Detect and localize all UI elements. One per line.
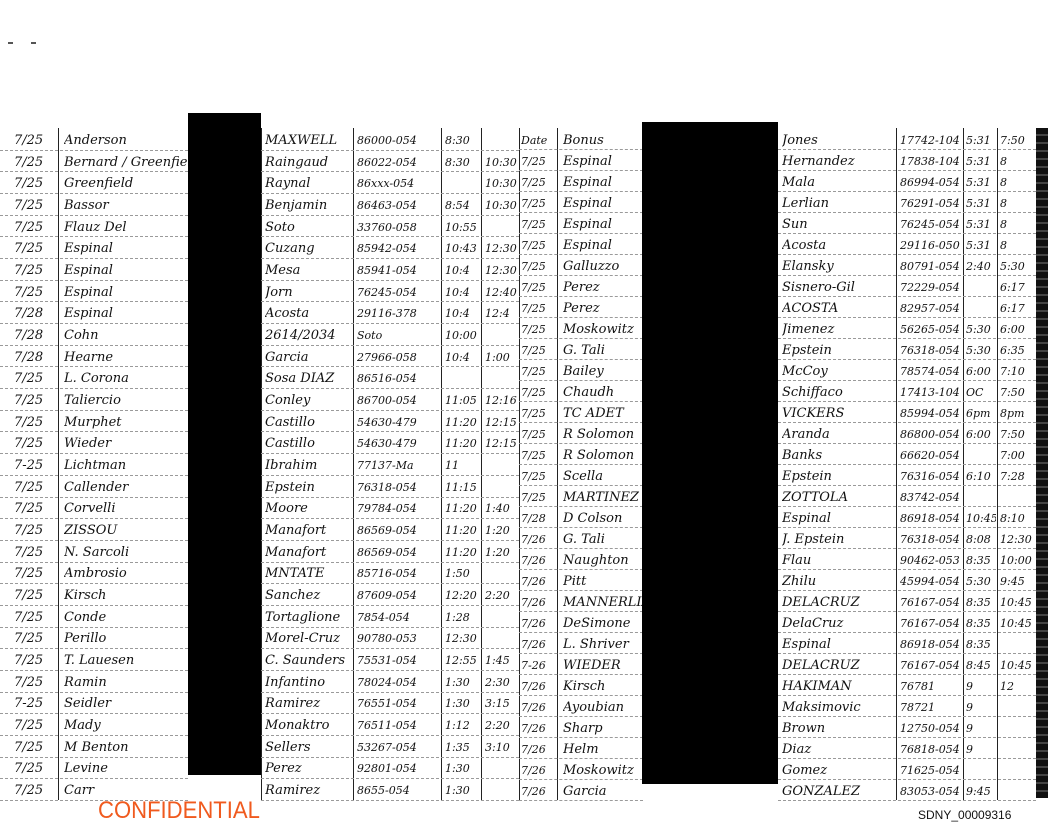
time-in: 10:4	[445, 283, 479, 303]
time-in: 10:4	[445, 261, 479, 281]
inmate-name: Conley	[265, 391, 351, 411]
inmate-name: Mesa	[265, 261, 351, 281]
time-out: 1:40	[485, 499, 517, 519]
time-in: 5:31	[966, 215, 996, 235]
visitor-name: Espinal	[64, 239, 188, 259]
time-in: 12:20	[445, 586, 479, 606]
inmate-name: Castillo	[265, 434, 351, 454]
time-out: 10:30	[485, 153, 517, 173]
time-out: 1:00	[485, 348, 517, 368]
visitor-name: Hearne	[64, 348, 188, 368]
register-number: 90780-053	[357, 629, 439, 649]
time-out: 12	[1000, 677, 1034, 697]
time-in: 10:45	[966, 509, 996, 529]
entry-date: 7/26	[521, 593, 555, 613]
entry-date: 7/25	[14, 174, 54, 194]
time-in: 8:54	[445, 196, 479, 216]
time-out: 3:10	[485, 738, 517, 758]
register-number: 86516-054	[357, 369, 439, 389]
time-out: 8	[1000, 152, 1034, 172]
time-out: 12:15	[485, 413, 517, 433]
inmate-name: Soto	[265, 218, 351, 238]
time-in: 6:00	[966, 362, 996, 382]
inmate-name: Raingaud	[265, 153, 351, 173]
entry-date: 7-25	[14, 456, 54, 476]
time-out: 10:00	[1000, 551, 1034, 571]
entry-date: 7/25	[14, 608, 54, 628]
visitor-name: L. Shriver	[563, 635, 643, 655]
register-number: 45994-054	[900, 572, 962, 592]
register-number: 76511-054	[357, 716, 439, 736]
bates-number: SDNY_00009316	[918, 808, 1011, 822]
inmate-name: Flau	[782, 551, 892, 571]
visitor-name: D Colson	[563, 509, 643, 529]
time-out: 8:10	[1000, 509, 1034, 529]
inmate-name: Sosa DIAZ	[265, 369, 351, 389]
visitor-name: Kirsch	[563, 677, 643, 697]
time-in: 8:35	[966, 614, 996, 634]
time-in: 8:35	[966, 593, 996, 613]
register-number: 76167-054	[900, 614, 962, 634]
visitor-name: TC ADET	[563, 404, 643, 424]
time-out: 9:45	[1000, 572, 1034, 592]
inmate-name: Manafort	[265, 543, 351, 563]
inmate-name: Ramirez	[265, 694, 351, 714]
entry-date: 7/26	[521, 719, 555, 739]
inmate-name: Lerlian	[782, 194, 892, 214]
entry-date: 7/25	[14, 196, 54, 216]
visitor-name: Murphet	[64, 413, 188, 433]
inmate-name: Raynal	[265, 174, 351, 194]
time-in: 8:35	[966, 551, 996, 571]
inmate-name: Epstein	[782, 341, 892, 361]
time-in: 9	[966, 677, 996, 697]
time-in: 9	[966, 740, 996, 760]
visitor-name: Espinal	[64, 283, 188, 303]
inmate-name: Espinal	[782, 509, 892, 529]
time-in: 6pm	[966, 404, 996, 424]
entry-date: 7/25	[521, 446, 555, 466]
entry-date: 7/25	[14, 716, 54, 736]
inmate-name: Manafort	[265, 521, 351, 541]
time-in: 11:05	[445, 391, 479, 411]
time-out: 12:30	[485, 261, 517, 281]
inmate-name: Perez	[265, 759, 351, 779]
inmate-name: Castillo	[265, 413, 351, 433]
register-number: Soto	[357, 326, 439, 346]
visitor-name: Lichtman	[64, 456, 188, 476]
entry-date: 7/26	[521, 530, 555, 550]
inmate-name: Ibrahim	[265, 456, 351, 476]
visitor-name: Conde	[64, 608, 188, 628]
register-number: 86569-054	[357, 521, 439, 541]
inmate-name: DelaCruz	[782, 614, 892, 634]
scan-speck	[8, 42, 13, 44]
entry-date: 7/25	[521, 341, 555, 361]
visitor-name: Bailey	[563, 362, 643, 382]
time-out: 7:50	[1000, 425, 1034, 445]
time-out: 12:30	[1000, 530, 1034, 550]
time-in: 11:15	[445, 478, 479, 498]
time-in: 12:55	[445, 651, 479, 671]
time-in: 1:12	[445, 716, 479, 736]
inmate-name: Sanchez	[265, 586, 351, 606]
time-out: 12:30	[485, 239, 517, 259]
time-out: 2:20	[485, 586, 517, 606]
register-number: 54630-479	[357, 434, 439, 454]
inmate-name: HAKIMAN	[782, 677, 892, 697]
visitor-name: Garcia	[563, 782, 643, 802]
time-out: 6:17	[1000, 278, 1034, 298]
entry-date: 7/25	[14, 781, 54, 801]
entry-date: 7/25	[14, 239, 54, 259]
register-number: 85941-054	[357, 261, 439, 281]
entry-date: 7/25	[521, 320, 555, 340]
entry-date: 7/26	[521, 572, 555, 592]
entry-date: 7/28	[14, 304, 54, 324]
time-out: 7:00	[1000, 446, 1034, 466]
time-out: 1:20	[485, 543, 517, 563]
visitor-name: Espinal	[563, 236, 643, 256]
visitor-name: Greenfield	[64, 174, 188, 194]
time-in: 1:30	[445, 694, 479, 714]
inmate-name: GONZALEZ	[782, 782, 892, 802]
time-out: 8	[1000, 194, 1034, 214]
entry-date: 7/25	[521, 425, 555, 445]
visitor-name: Sharp	[563, 719, 643, 739]
visitor-name: Espinal	[563, 194, 643, 214]
inmate-name: Tortaglione	[265, 608, 351, 628]
register-number: 86700-054	[357, 391, 439, 411]
inmate-name: Brown	[782, 719, 892, 739]
inmate-name: Acosta	[265, 304, 351, 324]
entry-date: 7/25	[14, 586, 54, 606]
inmate-name: Sellers	[265, 738, 351, 758]
inmate-name: Sisnero-Gil	[782, 278, 892, 298]
visitor-name: Helm	[563, 740, 643, 760]
entry-date: 7/25	[14, 369, 54, 389]
visitor-name: T. Lauesen	[64, 651, 188, 671]
scanned-logbook-page: 7/25Anderson7/25Bernard / Greenfield7/25…	[0, 0, 1050, 828]
entry-date: 7/25	[521, 194, 555, 214]
time-in: 2:40	[966, 257, 996, 277]
time-in: OC	[966, 383, 996, 403]
register-number: 76167-054	[900, 593, 962, 613]
visitor-name: G. Tali	[563, 341, 643, 361]
inmate-name: ZOTTOLA	[782, 488, 892, 508]
time-in: 10:43	[445, 239, 479, 259]
inmate-name: Epstein	[265, 478, 351, 498]
inmate-name: Jimenez	[782, 320, 892, 340]
visitor-name: Espinal	[563, 152, 643, 172]
time-out: 8pm	[1000, 404, 1034, 424]
inmate-name: Benjamin	[265, 196, 351, 216]
entry-date: 7/25	[14, 651, 54, 671]
visitor-name: Espinal	[563, 173, 643, 193]
visitor-name: Cohn	[64, 326, 188, 346]
register-number: 7854-054	[357, 608, 439, 628]
time-in: 8:45	[966, 656, 996, 676]
visitor-log-section-c: DateBonus7/25Espinal7/25Espinal7/25Espin…	[519, 128, 643, 800]
register-number: 76818-054	[900, 740, 962, 760]
entry-date: 7-25	[14, 694, 54, 714]
time-out: 10:45	[1000, 614, 1034, 634]
inmate-name: MNTATE	[265, 564, 351, 584]
time-out: 7:50	[1000, 131, 1034, 151]
visitor-name: Chaudh	[563, 383, 643, 403]
register-number: 29116-050	[900, 236, 962, 256]
entry-date: 7-26	[521, 656, 555, 676]
inmate-name: Sun	[782, 215, 892, 235]
visitor-name: Ramin	[64, 673, 188, 693]
entry-date: 7/25	[14, 629, 54, 649]
entry-date: 7/25	[521, 299, 555, 319]
inmate-name: VICKERS	[782, 404, 892, 424]
entry-date: 7/26	[521, 761, 555, 781]
inmate-name: ACOSTA	[782, 299, 892, 319]
time-out: 3:15	[485, 694, 517, 714]
entry-date: 7/25	[521, 215, 555, 235]
visitor-name: Flauz Del	[64, 218, 188, 238]
entry-date: Date	[521, 131, 555, 151]
visitor-name: G. Tali	[563, 530, 643, 550]
entry-date: 7/25	[521, 404, 555, 424]
visitor-name: MANNERLIA	[563, 593, 643, 613]
time-in: 5:30	[966, 572, 996, 592]
entry-date: 7/28	[14, 348, 54, 368]
register-number: 76318-054	[900, 530, 962, 550]
visitor-name: R Solomon	[563, 425, 643, 445]
time-out: 6:17	[1000, 299, 1034, 319]
visitor-name: Espinal	[563, 215, 643, 235]
time-out: 10:45	[1000, 593, 1034, 613]
time-in: 1:30	[445, 673, 479, 693]
inmate-name: Epstein	[782, 467, 892, 487]
inmate-name: C. Saunders	[265, 651, 351, 671]
visitor-name: Moskowitz	[563, 761, 643, 781]
register-number: 33760-058	[357, 218, 439, 238]
inmate-name: Schiffaco	[782, 383, 892, 403]
time-in: 1:30	[445, 781, 479, 801]
scan-speck	[31, 42, 36, 44]
entry-date: 7/25	[14, 499, 54, 519]
time-in: 10:4	[445, 348, 479, 368]
time-out: 7:50	[1000, 383, 1034, 403]
visitor-name: Kirsch	[64, 586, 188, 606]
time-in: 10:55	[445, 218, 479, 238]
time-in: 5:30	[966, 320, 996, 340]
entry-date: 7/25	[14, 131, 54, 151]
register-number: 53267-054	[357, 738, 439, 758]
register-number: 76781	[900, 677, 962, 697]
inmate-name: Monaktro	[265, 716, 351, 736]
column-rule	[58, 128, 59, 800]
time-out: 8	[1000, 215, 1034, 235]
entry-date: 7/26	[521, 698, 555, 718]
inmate-name: DELACRUZ	[782, 656, 892, 676]
time-in: 6:00	[966, 425, 996, 445]
register-number: 78024-054	[357, 673, 439, 693]
inmate-name: Moore	[265, 499, 351, 519]
register-number: 76167-054	[900, 656, 962, 676]
entry-date: 7/25	[14, 673, 54, 693]
time-in: 6:10	[966, 467, 996, 487]
confidential-stamp: CONFIDENTIAL	[98, 797, 260, 825]
entry-date: 7/25	[521, 236, 555, 256]
time-in: 8:35	[966, 635, 996, 655]
register-number: 76291-054	[900, 194, 962, 214]
entry-date: 7/26	[521, 551, 555, 571]
visitor-name: Scella	[563, 467, 643, 487]
register-number: 86022-054	[357, 153, 439, 173]
time-in: 11:20	[445, 434, 479, 454]
column-rule	[481, 128, 482, 800]
time-out: 2:30	[485, 673, 517, 693]
entry-date: 7/28	[521, 509, 555, 529]
register-number: 76245-054	[357, 283, 439, 303]
register-number: 66620-054	[900, 446, 962, 466]
time-out: 10:45	[1000, 656, 1034, 676]
entry-date: 7/25	[521, 257, 555, 277]
time-out: 12:4	[485, 304, 517, 324]
redaction-box	[188, 113, 261, 775]
visitor-name: M Benton	[64, 738, 188, 758]
time-in: 5:30	[966, 341, 996, 361]
column-rule	[353, 128, 354, 800]
inmate-name: MAXWELL	[265, 131, 351, 151]
inmate-name: Morel-Cruz	[265, 629, 351, 649]
time-out: 2:20	[485, 716, 517, 736]
visitor-name: Taliercio	[64, 391, 188, 411]
visitor-name: Perez	[563, 299, 643, 319]
visitor-name: Perillo	[64, 629, 188, 649]
register-number: 76318-054	[357, 478, 439, 498]
register-number: 86994-054	[900, 173, 962, 193]
register-number: 76316-054	[900, 467, 962, 487]
time-in: 5:31	[966, 173, 996, 193]
time-in: 10:00	[445, 326, 479, 346]
visitor-name: Ayoubian	[563, 698, 643, 718]
inmate-name: Diaz	[782, 740, 892, 760]
scan-edge-bar	[1036, 128, 1048, 798]
register-number: 17838-104	[900, 152, 962, 172]
time-out: 10:30	[485, 174, 517, 194]
time-out: 6:35	[1000, 341, 1034, 361]
entry-date: 7/25	[521, 383, 555, 403]
register-number: 86918-054	[900, 509, 962, 529]
register-number: 85942-054	[357, 239, 439, 259]
register-number: 87609-054	[357, 586, 439, 606]
column-rule	[261, 128, 262, 800]
visitor-name: Bassor	[64, 196, 188, 216]
time-in: 11	[445, 456, 479, 476]
register-number: 12750-054	[900, 719, 962, 739]
time-in: 11:20	[445, 413, 479, 433]
register-number: 85716-054	[357, 564, 439, 584]
time-out: 8	[1000, 173, 1034, 193]
entry-date: 7/25	[14, 283, 54, 303]
visitor-name: R Solomon	[563, 446, 643, 466]
inmate-name: Hernandez	[782, 152, 892, 172]
time-in: 5:31	[966, 131, 996, 151]
visitor-name: Ambrosio	[64, 564, 188, 584]
inmate-name: Aranda	[782, 425, 892, 445]
inmate-name: Banks	[782, 446, 892, 466]
entry-date: 7/26	[521, 740, 555, 760]
time-in: 1:28	[445, 608, 479, 628]
register-number: 86xxx-054	[357, 174, 439, 194]
time-out: 12:16	[485, 391, 517, 411]
entry-date: 7/25	[14, 434, 54, 454]
register-number: 86463-054	[357, 196, 439, 216]
visitor-name: MARTINEZ	[563, 488, 643, 508]
entry-date: 7/25	[14, 261, 54, 281]
register-number: 76318-054	[900, 341, 962, 361]
register-number: 8655-054	[357, 781, 439, 801]
register-number: 78721	[900, 698, 962, 718]
visitor-name: Bonus	[563, 131, 643, 151]
register-number: 27966-058	[357, 348, 439, 368]
visitor-name: WIEDER	[563, 656, 643, 676]
register-number: 77137-Ma	[357, 456, 439, 476]
entry-date: 7/25	[14, 759, 54, 779]
visitor-name: DeSimone	[563, 614, 643, 634]
time-out: 7:28	[1000, 467, 1034, 487]
visitor-name: Bernard / Greenfield	[64, 153, 188, 173]
visitor-name: Galluzzo	[563, 257, 643, 277]
visitor-name: Callender	[64, 478, 188, 498]
inmate-name: J. Epstein	[782, 530, 892, 550]
visitor-name: Naughton	[563, 551, 643, 571]
time-in: 8:30	[445, 153, 479, 173]
time-out: 8	[1000, 236, 1034, 256]
entry-date: 7/25	[521, 278, 555, 298]
register-number: 79784-054	[357, 499, 439, 519]
visitor-name: Pitt	[563, 572, 643, 592]
time-in: 5:31	[966, 152, 996, 172]
time-in: 8:30	[445, 131, 479, 151]
register-number: 56265-054	[900, 320, 962, 340]
time-in: 1:50	[445, 564, 479, 584]
inmate-name: 2614/2034	[265, 326, 351, 346]
entry-date: 7/25	[521, 467, 555, 487]
inmate-name: Elansky	[782, 257, 892, 277]
register-number: 17742-104	[900, 131, 962, 151]
inmate-log-section-d: Jones17742-1045:317:50Hernandez17838-104…	[778, 128, 1036, 800]
time-out: 10:30	[485, 196, 517, 216]
register-number: 86000-054	[357, 131, 439, 151]
register-number: 90462-053	[900, 551, 962, 571]
register-number: 76245-054	[900, 215, 962, 235]
inmate-name: Jorn	[265, 283, 351, 303]
entry-date: 7/25	[521, 173, 555, 193]
inmate-name: Maksimovic	[782, 698, 892, 718]
time-in: 1:35	[445, 738, 479, 758]
visitor-name: Moskowitz	[563, 320, 643, 340]
register-number: 75531-054	[357, 651, 439, 671]
visitor-name: Perez	[563, 278, 643, 298]
register-number: 71625-054	[900, 761, 962, 781]
time-in: 5:31	[966, 194, 996, 214]
register-number: 86569-054	[357, 543, 439, 563]
register-number: 76551-054	[357, 694, 439, 714]
visitor-name: Anderson	[64, 131, 188, 151]
visitor-log-section-a: 7/25Anderson7/25Bernard / Greenfield7/25…	[0, 128, 188, 800]
entry-date: 7/25	[14, 153, 54, 173]
inmate-name: Espinal	[782, 635, 892, 655]
entry-date: 7/25	[14, 391, 54, 411]
entry-date: 7/26	[521, 614, 555, 634]
